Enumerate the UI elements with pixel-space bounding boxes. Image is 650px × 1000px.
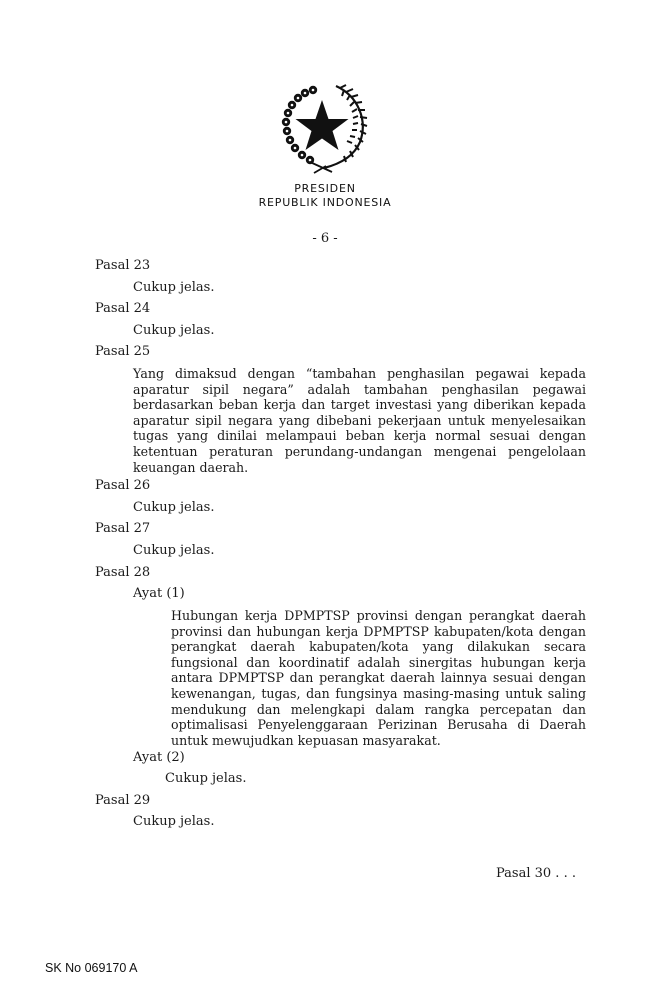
- pasal-23-heading: Pasal 23: [95, 258, 150, 273]
- pasal-29-text: Cukup jelas.: [133, 814, 214, 829]
- paragraph-line: keuangan daerah.: [133, 460, 586, 476]
- document-code: SK No 069170 A: [45, 961, 137, 975]
- pasal-28-heading: Pasal 28: [95, 565, 150, 580]
- paragraph-line: antara DPMPTSP dan perangkat daerah lain…: [171, 670, 586, 686]
- pasal-28-ayat-2-text: Cukup jelas.: [165, 771, 246, 786]
- pasal-24-text: Cukup jelas.: [133, 323, 214, 338]
- pasal-29-heading: Pasal 29: [95, 793, 150, 808]
- presidential-emblem-icon: [280, 82, 370, 174]
- pasal-27-heading: Pasal 27: [95, 521, 150, 536]
- pasal-25-paragraph: Yang dimaksud dengan “tambahan penghasil…: [133, 366, 586, 475]
- pasal-27-text: Cukup jelas.: [133, 543, 214, 558]
- header-republic: REPUBLIK INDONESIA: [0, 196, 650, 209]
- pasal-24-heading: Pasal 24: [95, 301, 150, 316]
- paragraph-line: aparatur sipil negara yang dibebani peke…: [133, 413, 586, 429]
- continuation-marker: Pasal 30 . . .: [496, 866, 576, 881]
- paragraph-line: mendukung dan melengkapi dalam rangka pe…: [171, 702, 586, 718]
- pasal-28-ayat-1-heading: Ayat (1): [133, 586, 185, 601]
- paragraph-line: provinsi dan hubungan kerja DPMPTSP kabu…: [171, 624, 586, 640]
- pasal-28-ayat-1-paragraph: Hubungan kerja DPMPTSP provinsi dengan p…: [171, 608, 586, 748]
- pasal-25-heading: Pasal 25: [95, 344, 150, 359]
- pasal-23-text: Cukup jelas.: [133, 280, 214, 295]
- paragraph-line: Yang dimaksud dengan “tambahan penghasil…: [133, 366, 586, 382]
- paragraph-line: fungsional dan koordinatif adalah sinerg…: [171, 655, 586, 671]
- paragraph-line: ketentuan peraturan perundang-undangan m…: [133, 444, 586, 460]
- paragraph-line: optimalisasi Penyelenggaraan Perizinan B…: [171, 717, 586, 733]
- paragraph-line: untuk mewujudkan kepuasan masyarakat.: [171, 733, 586, 749]
- page-number: - 6 -: [0, 231, 650, 246]
- pasal-26-text: Cukup jelas.: [133, 500, 214, 515]
- paragraph-line: perangkat daerah kabupaten/kota yang dil…: [171, 639, 586, 655]
- pasal-26-heading: Pasal 26: [95, 478, 150, 493]
- paragraph-line: Hubungan kerja DPMPTSP provinsi dengan p…: [171, 608, 586, 624]
- paragraph-line: aparatur sipil negara” adalah tambahan p…: [133, 382, 586, 398]
- paragraph-line: kewenangan, tugas, dan fungsinya masing-…: [171, 686, 586, 702]
- pasal-28-ayat-2-heading: Ayat (2): [133, 750, 185, 765]
- paragraph-line: tugas yang dinilai melampaui beban kerja…: [133, 428, 586, 444]
- header-president: PRESIDEN: [0, 182, 650, 195]
- paragraph-line: berdasarkan beban kerja dan target inves…: [133, 397, 586, 413]
